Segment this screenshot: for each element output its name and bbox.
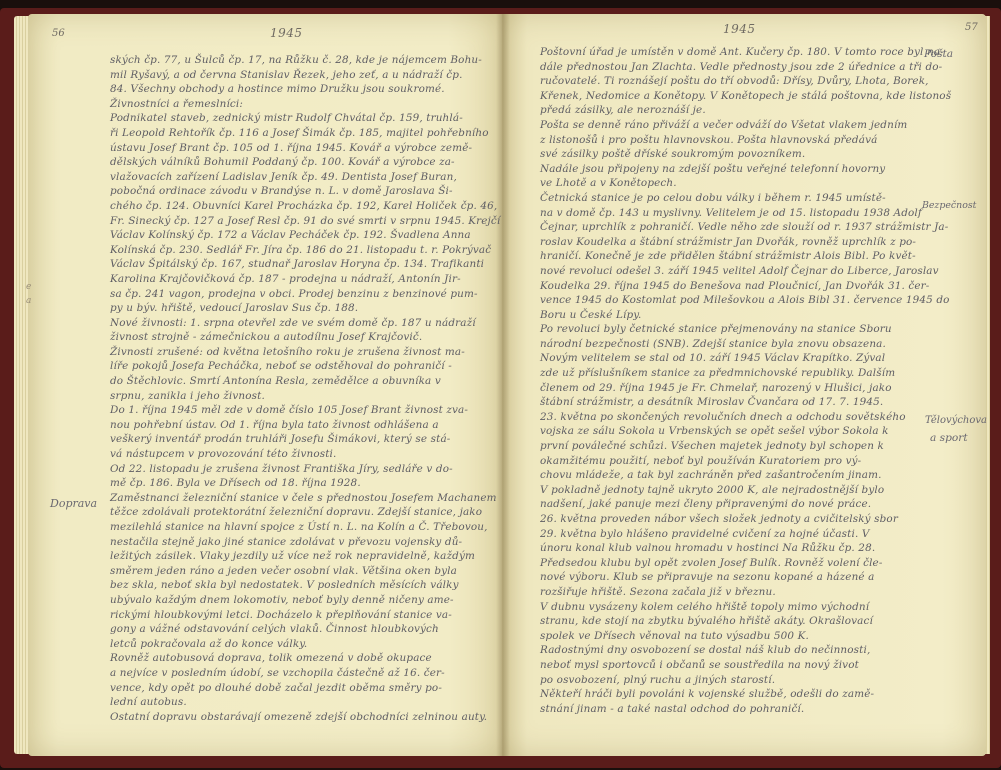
pencil-mark: a (26, 296, 31, 306)
handwritten-line: po osvobození, plný ruchu a jiných staro… (540, 673, 951, 688)
handwritten-line: pobočná ordinace závodu v Brandýse n. L.… (110, 184, 500, 199)
handwritten-line: nové revoluci odešel 3. září 1945 velite… (540, 264, 951, 279)
handwritten-line: z listonošů i pro poštu hlavnovskou. Poš… (540, 133, 951, 148)
handwritten-line: národní bezpečnosti (SNB). Zdejší stanic… (540, 337, 951, 352)
left-page-number: 56 (52, 28, 65, 39)
handwritten-line: neboť mysl sportovců i občanů se soustře… (540, 658, 951, 673)
handwritten-line: V dubnu vysázeny kolem celého hřiště top… (540, 600, 951, 615)
handwritten-line: Křenek, Nedomice a Konětopy. V Konětopec… (540, 89, 951, 104)
handwritten-line: Ostatní dopravu obstarávají omezeně zdej… (110, 710, 500, 725)
handwritten-line: spolek ve Dřísech věnoval na tuto výsadb… (540, 629, 951, 644)
handwritten-line: 29. května bylo hlášeno pravidelné cviče… (540, 527, 951, 542)
handwritten-line: Živnosti zrušené: od května letošního ro… (110, 345, 500, 360)
handwritten-line: Radostnými dny osvobození se dostal náš … (540, 643, 951, 658)
handwritten-line: Do 1. října 1945 měl zde v domě číslo 10… (110, 403, 500, 418)
handwritten-line: a nejvíce v posledním údobí, se vzchopil… (110, 666, 500, 681)
handwritten-line: Boru u České Lípy. (540, 308, 951, 323)
handwritten-line: okamžitému použití, neboť byl používán K… (540, 454, 951, 469)
handwritten-line: Fr. Sinecký čp. 127 a Josef Resl čp. 91 … (110, 214, 500, 229)
handwritten-line: Pošta se denně ráno přiváží a večer odvá… (540, 118, 951, 133)
handwritten-line: štábní strážmistr, a desátník Miroslav Č… (540, 395, 951, 410)
handwritten-line: líře pokojů Josefa Pecháčka, neboť se od… (110, 359, 500, 374)
handwritten-line: Zaměstnanci železniční stanice v čele s … (110, 491, 500, 506)
handwritten-line: mil Ryšavý, a od června Stanislav Řezek,… (110, 68, 500, 83)
handwritten-line: sa čp. 241 vagon, prodejna v obci. Prode… (110, 287, 500, 302)
handwritten-line: lední autobus. (110, 695, 500, 710)
handwritten-line: Novým velitelem se stal od 10. září 1945… (540, 351, 951, 366)
left-page-year: 1945 (270, 26, 303, 40)
handwritten-line: první poválečné schůzi. Všechen majetek … (540, 439, 951, 454)
handwritten-line: Předsedou klubu byl opět zvolen Josef Bu… (540, 556, 951, 571)
handwritten-line: vá nástupcem v provozování této živnosti… (110, 447, 500, 462)
handwritten-line: živnost strojně - zámečnickou a autodíln… (110, 330, 500, 345)
handwritten-line: nadšení, jaké panuje mezi členy připrave… (540, 497, 951, 512)
handwritten-line: ústavu Josef Brant čp. 105 od 1. října 1… (110, 141, 500, 156)
handwritten-line: srpnu, zanikla i jeho živnost. (110, 389, 500, 404)
handwritten-line: Četnická stanice je po celou dobu války … (540, 191, 951, 206)
handwritten-line: na v domě čp. 143 u myslivny. Velitelem … (540, 206, 951, 221)
handwritten-line: směrem jeden ráno a jeden večer osobní v… (110, 564, 500, 579)
handwritten-line: Nadále jsou připojeny na zdejší poštu ve… (540, 162, 951, 177)
handwritten-line: únoru konal klub valnou hromadu v hostin… (540, 541, 951, 556)
handwritten-line: vojska ze sálu Sokola u Vrbenských se op… (540, 424, 951, 439)
handwritten-line: V pokladně jednoty tajně ukryto 2000 K, … (540, 483, 951, 498)
handwritten-line: předá zásilky, ale neroznáší je. (540, 103, 951, 118)
handwritten-line: mě čp. 186. Byla ve Dřísech od 18. října… (110, 476, 500, 491)
handwritten-line: dělských válníků Bohumil Poddaný čp. 100… (110, 155, 500, 170)
handwritten-line: Někteří hráči byli povoláni k vojenské s… (540, 687, 951, 702)
handwritten-line: Podnikatel staveb, zednický mistr Rudolf… (110, 111, 500, 126)
handwritten-line: ských čp. 77, u Šulců čp. 17, na Růžku č… (110, 53, 500, 68)
handwritten-line: členem od 29. října 1945 je Fr. Chmelař,… (540, 381, 951, 396)
handwritten-line: mezilehlá stanice na hlavní spojce z Úst… (110, 520, 500, 535)
handwritten-line: Čejnar, uprchlík z pohraničí. Vedle něho… (540, 220, 951, 235)
handwritten-line: Od 22. listopadu je zrušena živnost Fran… (110, 462, 500, 477)
handwritten-line: Poštovní úřad je umístěn v domě Ant. Kuč… (540, 45, 951, 60)
handwritten-line: py u býv. hřiště, vedoucí Jaroslav Sus č… (110, 301, 500, 316)
right-page-text: Poštovní úřad je umístěn v domě Ant. Kuč… (540, 45, 951, 716)
handwritten-line: Václav Špitálský čp. 167, studnař Jarosl… (110, 257, 500, 272)
handwritten-line: rickými hloubkovými letci. Docházelo k p… (110, 608, 500, 623)
handwritten-line: nou pohřební ústav. Od 1. října byla tat… (110, 418, 500, 433)
handwritten-line: Václav Kolínský čp. 172 a Václav Pecháče… (110, 228, 500, 243)
handwritten-line: ve Lhotě a v Konětopech. (540, 176, 951, 191)
handwritten-line: chého čp. 124. Obuvníci Karel Procházka … (110, 199, 500, 214)
handwritten-line: těžce zdolávali protektorátní železniční… (110, 505, 500, 520)
handwritten-line: své zásilky poště dříské soukromým povoz… (540, 147, 951, 162)
handwritten-line: do Štěchlovic. Smrtí Antonína Resla, zem… (110, 374, 500, 389)
right-page-year: 1945 (723, 22, 756, 36)
handwritten-line: nestačila stejně jako jiné stanice zdolá… (110, 535, 500, 550)
handwritten-line: 84. Všechny obchody a hostince mimo Druž… (110, 82, 500, 97)
handwritten-line: Rovněž autobusová doprava, tolik omezená… (110, 651, 500, 666)
handwritten-line: bez skla, neboť skla byl nedostatek. V p… (110, 578, 500, 593)
handwritten-line: ubývalo každým dnem lokomotiv, neboť byl… (110, 593, 500, 608)
handwritten-line: stranu, kde stojí na zbytku bývalého hři… (540, 614, 951, 629)
left-page-text: ských čp. 77, u Šulců čp. 17, na Růžku č… (110, 53, 500, 724)
handwritten-line: ři Leopold Rehtořík čp. 116 a Josef Šimá… (110, 126, 500, 141)
handwritten-line: hraničí. Konečně je zde přidělen štábní … (540, 249, 951, 264)
handwritten-line: Kolínská čp. 230. Sedlář Fr. Jíra čp. 18… (110, 243, 500, 258)
handwritten-line: ležitých zásilek. Vlaky jezdily už více … (110, 549, 500, 564)
handwritten-line: letců pokračovala až do konce války. (110, 637, 500, 652)
handwritten-line: roslav Koudelka a štábní strážmistr Jan … (540, 235, 951, 250)
margin-note-doprava: Doprava (50, 497, 97, 510)
handwritten-line: 23. května po skončených revolučních dne… (540, 410, 951, 425)
handwritten-line: vlažovacích zařízení Ladislav Jeník čp. … (110, 170, 500, 185)
handwritten-line: gony a vážné odstavování celých vlaků. Č… (110, 622, 500, 637)
handwritten-line: Živnostníci a řemeslníci: (110, 97, 500, 112)
pencil-mark: e (26, 282, 31, 292)
right-page-number: 57 (965, 22, 978, 33)
handwritten-line: vence 1945 do Kostomlat pod Milešovkou a… (540, 293, 951, 308)
handwritten-line: Koudelka 29. října 1945 do Benešova nad … (540, 279, 951, 294)
handwritten-line: dále přednostou Jan Zlachta. Vedle předn… (540, 60, 951, 75)
handwritten-line: Nové živnosti: 1. srpna otevřel zde ve s… (110, 316, 500, 331)
handwritten-line: 26. května proveden nábor všech složek j… (540, 512, 951, 527)
handwritten-line: Po revoluci byly četnické stanice přejme… (540, 322, 951, 337)
handwritten-line: chovu mládeže, a tak byl zachráněn před … (540, 468, 951, 483)
handwritten-line: stnání jinam - a také nastal odchod do p… (540, 702, 951, 717)
handwritten-line: ručovatelé. Ti roznášejí poštu do tří ob… (540, 74, 951, 89)
handwritten-line: Karolina Krajčovičková čp. 187 - prodejn… (110, 272, 500, 287)
handwritten-line: nové výboru. Klub se připravuje na sezon… (540, 570, 951, 585)
handwritten-line: rozšiřuje hřiště. Sezona začala již v bř… (540, 585, 951, 600)
handwritten-line: vence, kdy opět po dlouhé době začal jez… (110, 681, 500, 696)
handwritten-line: zde už příslušníkem stanice za předmnich… (540, 366, 951, 381)
handwritten-line: veškerý inventář prodán truhláři Josefu … (110, 432, 500, 447)
